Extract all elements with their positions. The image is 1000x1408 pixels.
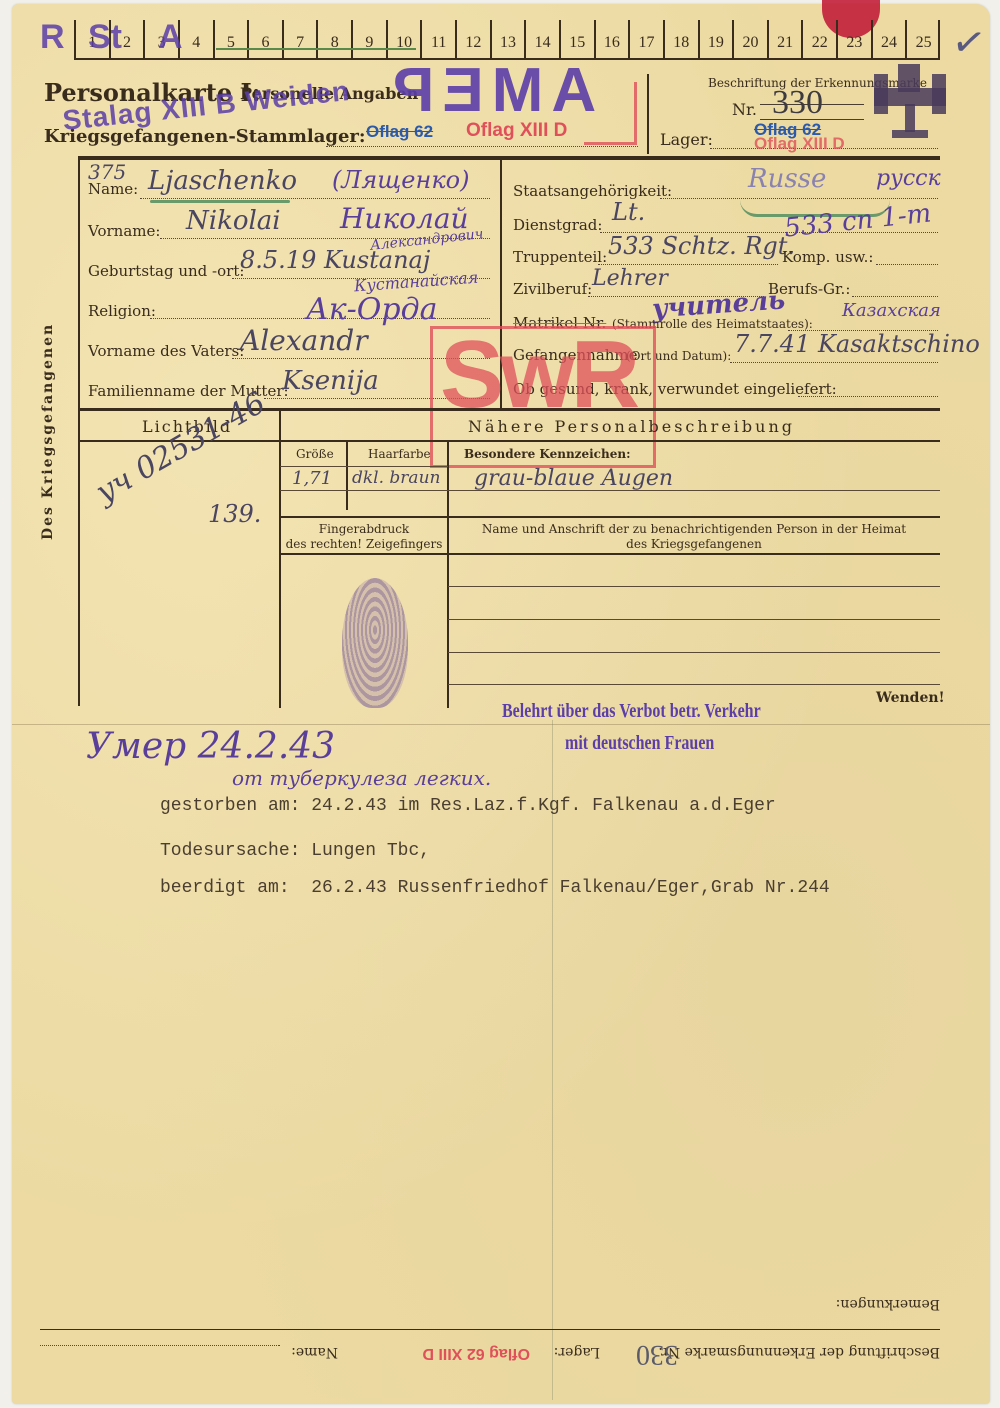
strip-cell-19: 19	[698, 20, 733, 58]
strip-cell-7: 7	[282, 20, 317, 58]
strip-end	[938, 20, 940, 58]
main-top-border	[78, 156, 940, 160]
footer-name: Name:	[291, 1344, 338, 1360]
typed-line-gestorben: gestorben am: 24.2.43 im Res.Laz.f.Kgf. …	[160, 796, 776, 816]
nr-label: Nr.	[732, 100, 757, 119]
kennzeichen-value[interactable]: grau-blaue Augen	[474, 466, 673, 491]
oflag-xiii-d-stamp: Oflag XIII D	[466, 120, 567, 142]
religion-value[interactable]: Ак-Орда	[306, 292, 437, 327]
haar-value[interactable]: dkl. braun	[352, 468, 440, 488]
stamp-r: R	[40, 18, 65, 57]
strip-cell-21: 21	[767, 20, 802, 58]
staat-value[interactable]: Russe	[748, 164, 826, 194]
beerdigt-label: beerdigt am:	[160, 878, 290, 898]
religion-label: Religion:	[88, 302, 156, 320]
footer-erkennungsmarke: Beschriftung der Erkennungsmarke Nr.	[658, 1344, 940, 1360]
typed-line-todesursache: Todesursache: Lungen Tbc,	[160, 841, 430, 861]
strip-cell-25: 25	[905, 20, 940, 58]
gestorben-label: gestorben am:	[160, 796, 300, 816]
komp-line	[876, 264, 938, 265]
big-amep-stamp: AMEP	[385, 55, 596, 126]
name-cyrillic: (Лященко)	[332, 166, 469, 194]
fingerprint-mark	[342, 578, 408, 708]
strip-cell-15: 15	[559, 20, 594, 58]
finger-header-line	[280, 553, 940, 555]
strip-cell-8: 8	[316, 20, 351, 58]
strip-cell-20: 20	[732, 20, 767, 58]
kontakt-line-1	[448, 586, 940, 587]
truppen-line	[598, 264, 778, 265]
kontakt-line-2	[448, 619, 940, 620]
geburt-label: Geburtstag und -ort:	[88, 262, 244, 280]
naehere-label: Nähere Personalbeschreibung	[468, 417, 795, 436]
strip-cell-5: 5	[213, 20, 248, 58]
typed-line-beerdigt: beerdigt am: 26.2.43 Russenfriedhof Falk…	[160, 878, 830, 898]
finger-label: Fingerabdruck des rechten! Zeigefingers	[280, 522, 448, 552]
horizontal-fold	[12, 724, 990, 725]
groesse-divider	[346, 442, 348, 510]
gesund-line	[798, 396, 938, 397]
beerdigt-value: 26.2.43 Russenfriedhof Falkenau/Eger,Gra…	[300, 878, 829, 898]
strip-cell-16: 16	[594, 20, 629, 58]
belehrt-line-2: mit deutschen Frauen	[565, 732, 714, 755]
stammlager-line	[326, 146, 638, 147]
berufs-line	[852, 296, 938, 297]
groesse-label: Größe	[296, 447, 334, 461]
kontakt-label: Name und Anschrift der zu benachrichtige…	[448, 522, 940, 552]
oflag-62-stamp: Oflag 62	[366, 122, 433, 142]
matrikel-value[interactable]: Казахская	[842, 300, 941, 321]
green-underline	[150, 200, 290, 203]
strip-cell-12: 12	[455, 20, 490, 58]
gestorben-value: 24.2.43 im Res.Laz.f.Kgf. Falkenau a.d.E…	[311, 796, 775, 816]
strip-cell-22: 22	[801, 20, 836, 58]
kennzeichen-label: Besondere Kennzeichen:	[464, 447, 631, 461]
staat-cyrillic: русск	[876, 166, 941, 191]
komp-label: Komp. usw.:	[782, 248, 873, 266]
gefangen-line	[730, 362, 938, 363]
belehrt-line-1: Belehrt über das Verbot betr. Verkehr	[502, 700, 761, 723]
strip-cell-18: 18	[663, 20, 698, 58]
inverted-footer: Beschriftung der Erkennungsmarke Nr. 330…	[40, 1290, 940, 1370]
staat-label: Staatsangehörigkeit:	[513, 182, 672, 200]
footer-lager-stamp: Oflag 62 XIII D	[422, 1344, 530, 1362]
desc-divider	[447, 442, 449, 708]
truppen-label: Truppenteil:	[513, 248, 607, 266]
dienstgrad-value[interactable]: Lt.	[612, 198, 645, 226]
mutter-value[interactable]: Ksenija	[282, 366, 379, 396]
strip-cell-10: 10	[386, 20, 421, 58]
finger-top-line	[280, 516, 940, 518]
kontakt-label-2: des Kriegsgefangenen	[448, 537, 940, 552]
finger-label-2: des rechten! Zeigefingers	[280, 537, 448, 552]
haar-label: Haarfarbe	[368, 447, 431, 461]
zivil-value[interactable]: Lehrer	[592, 266, 668, 291]
vorname-label: Vorname:	[88, 222, 160, 240]
lager-oflag-xiii-d-stamp: Oflag XIII D	[754, 134, 845, 154]
lager-label: Lager:	[660, 130, 713, 149]
handwritten-note-2: от туберкулеза легких.	[232, 766, 491, 790]
strip-cell-11: 11	[420, 20, 455, 58]
strip-cell-14: 14	[524, 20, 559, 58]
cross-stamp-icon	[870, 60, 950, 142]
side-label: Des Kriegsgefangenen	[40, 323, 56, 540]
strip-cell-17: 17	[628, 20, 663, 58]
lichtbild-right-border	[279, 410, 281, 708]
stamp-a: A	[158, 18, 183, 57]
gefangen-value[interactable]: 7.7.41 Kasaktschino	[734, 330, 980, 358]
todesursache-label: Todesursache:	[160, 841, 300, 861]
handwritten-note-1: Умер 24.2.43	[86, 726, 335, 767]
header-divider	[647, 74, 649, 154]
name-line	[140, 198, 490, 199]
groesse-header-line	[280, 466, 448, 467]
footer-divider	[40, 1329, 940, 1330]
dienstgrad-label: Dienstgrad:	[513, 216, 602, 234]
main-left-border	[78, 156, 80, 706]
footer-name-line	[40, 1345, 280, 1346]
footer-bemerkungen: Bemerkungen:	[836, 1296, 940, 1312]
strip-cell-6: 6	[247, 20, 282, 58]
number-strip: 1234567891011121314151617181920212223242…	[74, 20, 940, 60]
todesursache-value: Lungen Tbc,	[311, 841, 430, 861]
vorname-value[interactable]: Nikolai	[186, 206, 281, 236]
finger-label-1: Fingerabdruck	[280, 522, 448, 537]
footer-lager: Lager:	[554, 1344, 600, 1360]
name-value[interactable]: Ljaschenko	[148, 166, 297, 196]
nr-value: 330	[772, 84, 823, 122]
truppen-value[interactable]: 533 Schtz. Rgt.	[608, 232, 795, 260]
red-a-mark	[584, 82, 637, 145]
stamp-st: St	[88, 18, 122, 57]
footer-nr-value: 330	[636, 1338, 678, 1370]
strip-cell-4: 4	[178, 20, 213, 58]
name-label: Name:	[88, 180, 138, 198]
swr-stamp: SwR	[440, 320, 636, 430]
strip-cell-9: 9	[351, 20, 386, 58]
vater-value[interactable]: Alexandr	[240, 324, 368, 357]
lichtbild-note-2: 139.	[208, 500, 261, 528]
strip-cell-23: 23	[836, 20, 871, 58]
strip-cell-24: 24	[871, 20, 906, 58]
green-strike-line	[216, 48, 416, 50]
kontakt-line-4	[448, 684, 940, 685]
kontakt-label-1: Name und Anschrift der zu benachrichtige…	[448, 522, 940, 537]
wenden-label: Wenden!	[876, 690, 945, 706]
vater-label: Vorname des Vaters:	[88, 342, 244, 360]
zivil-label: Zivilberuf:	[513, 280, 592, 298]
staat-line	[660, 198, 938, 199]
groesse-value[interactable]: 1,71	[292, 468, 332, 489]
strip-cell-13: 13	[490, 20, 525, 58]
kontakt-line-3	[448, 652, 940, 653]
